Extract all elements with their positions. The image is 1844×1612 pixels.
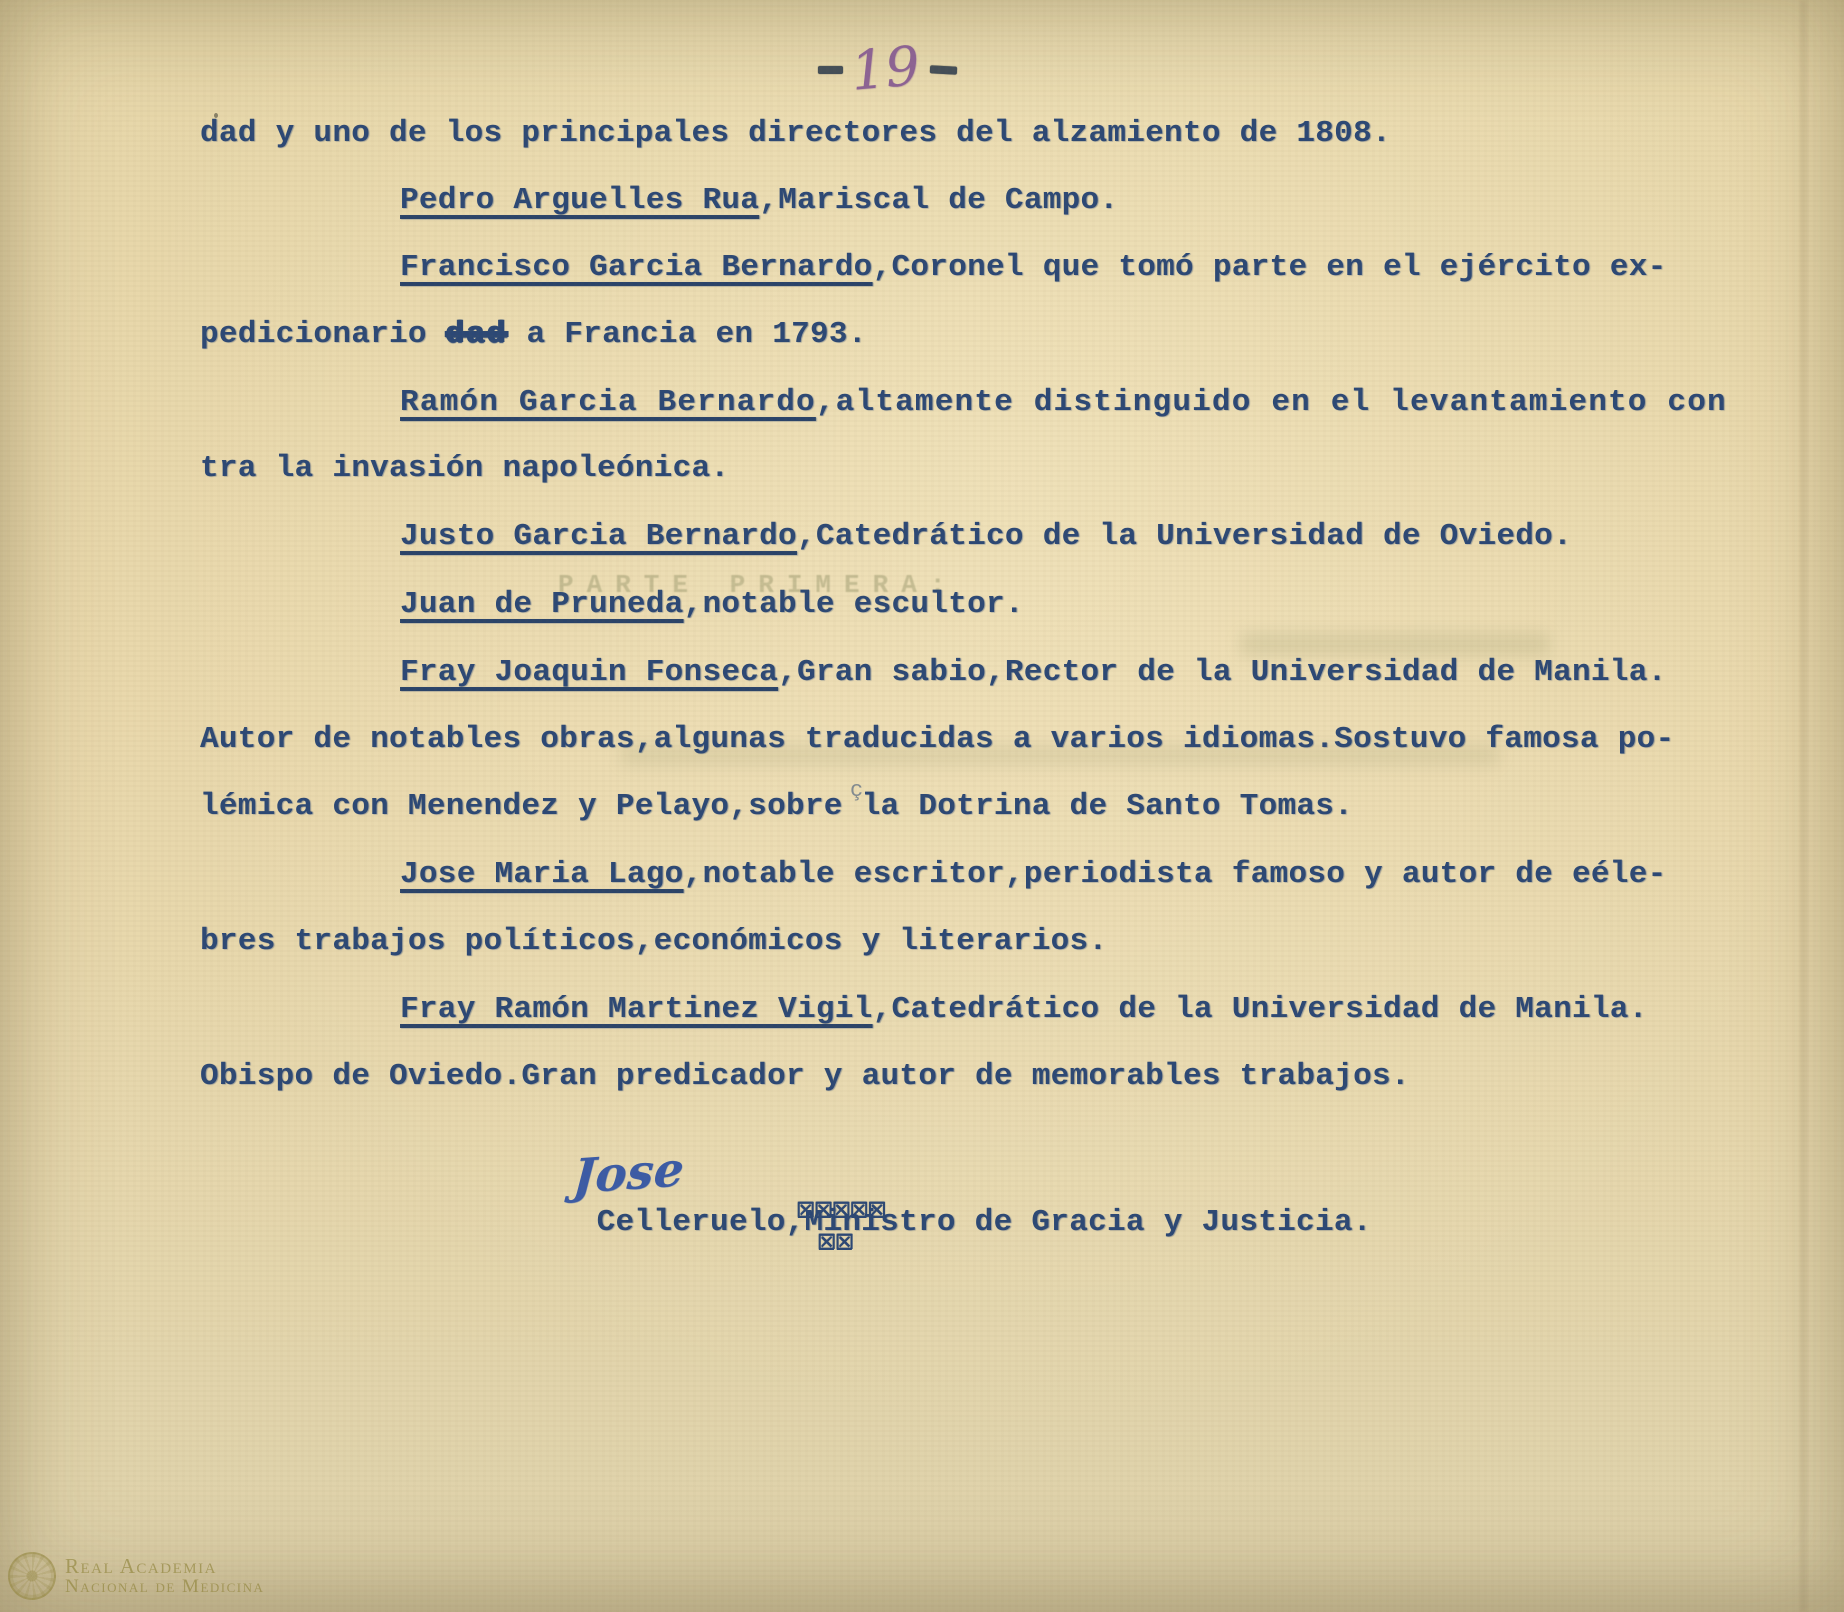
typed-line: Fray Joaquin Fonseca,Gran sabio,Rector d… — [400, 656, 1667, 690]
typed-line: Pedro Arguelles Rua,Mariscal de Campo. — [400, 184, 1118, 218]
academy-seal-icon — [8, 1552, 56, 1600]
typed-line: Jose Maria Lago,notable escritor,periodi… — [400, 858, 1667, 892]
page-number: 19 — [818, 42, 957, 96]
typed-line: lémica con Menendez y Pelayo,sobre la Do… — [200, 790, 1353, 824]
line-text: Celleruelo,Ministro de Gracia y Justicia… — [597, 1206, 1372, 1240]
typed-line: Justo Garcia Bernardo,Catedrático de la … — [400, 520, 1572, 554]
person-name: Ramón Garcia Bernardo — [400, 385, 816, 420]
paper-speck — [214, 113, 218, 118]
typed-ornament-row: ☒☒ — [817, 1230, 853, 1254]
line-text: lémica con Menendez y Pelayo,sobre la Do… — [200, 789, 1353, 824]
typed-line: Ramón Garcia Bernardo,altamente distingu… — [400, 386, 1727, 420]
line-text: ,altamente distinguido en el levantamien… — [816, 385, 1727, 420]
struck-out-word: dad — [446, 317, 508, 352]
line-text: ,notable escritor,periodista famoso y au… — [684, 857, 1667, 892]
typed-line: Fray Ramón Martinez Vigil,Catedrático de… — [400, 993, 1648, 1027]
line-text: Obispo de Oviedo.Gran predicador y autor… — [200, 1059, 1410, 1094]
line-text: tra la invasión napoleónica. — [200, 451, 729, 486]
person-name: Fray Joaquin Fonseca — [400, 655, 778, 690]
person-name: Justo Garcia Bernardo — [400, 519, 797, 554]
line-text: ,Mariscal de Campo. — [759, 183, 1118, 218]
ink-smear — [1240, 632, 1550, 656]
typed-line: Autor de notables obras,algunas traducid… — [200, 723, 1674, 757]
page-number-value: 19 — [849, 39, 922, 99]
line-text: Autor de notables obras,algunas traducid… — [200, 722, 1674, 757]
typed-line: tra la invasión napoleónica. — [200, 452, 729, 486]
page-number-dash-left — [818, 66, 843, 74]
line-text: ,notable escultor. — [684, 587, 1024, 622]
handwritten-name: Jose — [571, 1150, 685, 1198]
paper-crease — [1801, 0, 1806, 1612]
person-name: Fray Ramón Martinez Vigil — [400, 992, 873, 1027]
person-name: Francisco Garcia Bernardo — [400, 250, 873, 285]
signature-line: Jose Celleruelo,Ministro de Gracia y Jus… — [497, 1127, 1372, 1274]
typed-line: Juan de Pruneda,notable escultor. — [400, 588, 1024, 622]
line-text: pedicionario — [200, 317, 446, 352]
person-name: Pedro Arguelles Rua — [400, 183, 759, 218]
typed-ornament-row: ☒☒☒☒☒ — [796, 1198, 885, 1222]
line-text: dad y uno de los principales directores … — [200, 116, 1391, 151]
stray-ink-mark: ç — [850, 778, 863, 803]
person-name: Jose Maria Lago — [400, 857, 684, 892]
watermark-line2: Nacional de Medicina — [65, 1577, 264, 1597]
line-text: ,Catedrático de la Universidad de Manila… — [873, 992, 1648, 1027]
line-text: bres trabajos políticos,económicos y lit… — [200, 924, 1107, 959]
line-text: a Francia en 1793. — [508, 317, 867, 352]
archive-watermark: Real Academia Nacional de Medicina — [8, 1552, 264, 1600]
typed-line: pedicionario dad a Francia en 1793. — [200, 318, 867, 352]
line-text: ,Gran sabio,Rector de la Universidad de … — [778, 655, 1666, 690]
watermark-line1: Real Academia — [65, 1555, 264, 1577]
typed-line: dad y uno de los principales directores … — [200, 117, 1391, 151]
typed-line: bres trabajos políticos,económicos y lit… — [200, 925, 1107, 959]
page-number-dash-right — [930, 65, 957, 74]
typed-line: Obispo de Oviedo.Gran predicador y autor… — [200, 1060, 1410, 1094]
person-name: Juan de Pruneda — [400, 587, 684, 622]
watermark-text: Real Academia Nacional de Medicina — [65, 1555, 264, 1597]
line-text: ,Catedrático de la Universidad de Oviedo… — [797, 519, 1572, 554]
document-page: 19 PARTE PRIMERA: dad y uno de los princ… — [0, 0, 1844, 1612]
typed-line: Francisco Garcia Bernardo,Coronel que to… — [400, 251, 1667, 285]
line-text: ,Coronel que tomó parte en el ejército e… — [873, 250, 1667, 285]
